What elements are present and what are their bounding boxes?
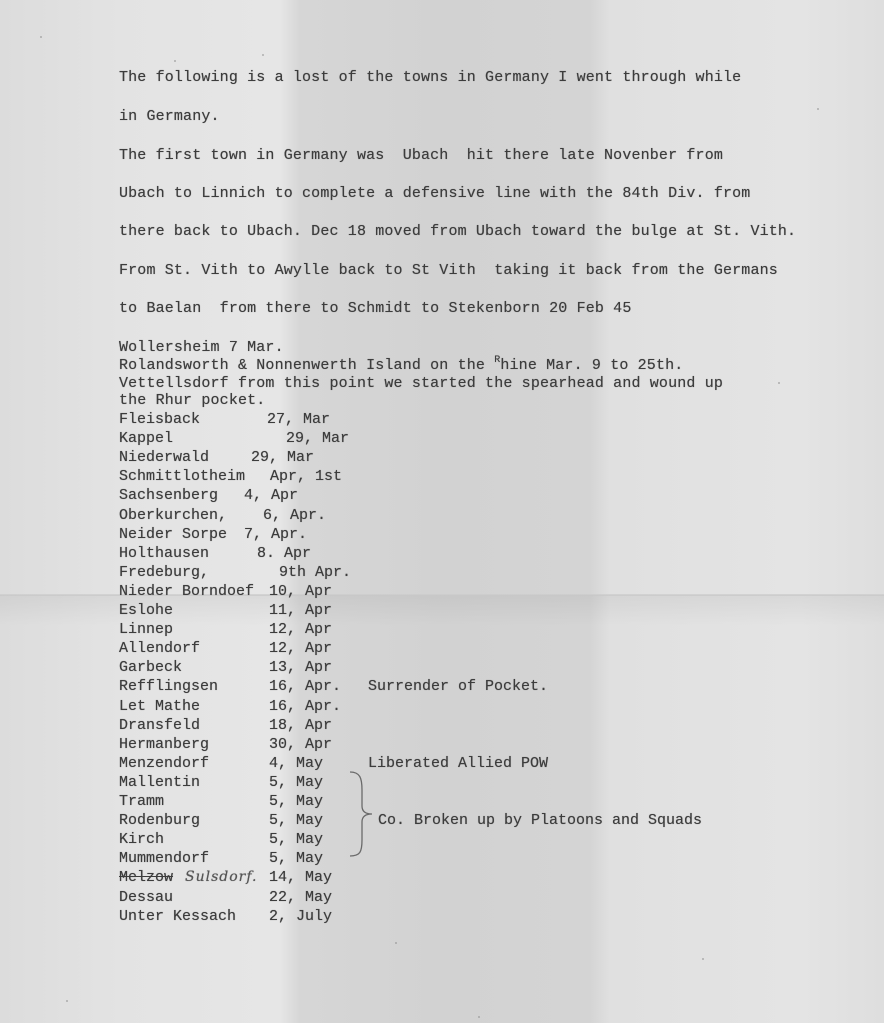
town-date: 5, May <box>269 831 323 848</box>
town-name: Garbeck <box>119 659 182 676</box>
town-date: 4, Apr <box>244 487 298 504</box>
town-name: Tramm <box>119 793 164 810</box>
town-name: Dessau <box>119 889 173 906</box>
town-name: Kappel <box>119 430 173 447</box>
town-name: Fleisback <box>119 411 200 428</box>
wollersheim-line: Wollersheim 7 Mar. <box>119 339 284 356</box>
town-name: Holthausen <box>119 545 209 562</box>
town-name: Unter Kessach <box>119 908 236 925</box>
paragraph-line-7: to Baelan from there to Schmidt to Steke… <box>119 300 631 317</box>
paper-speck <box>702 958 704 960</box>
town-name: Allendorf <box>119 640 200 657</box>
paper-speck <box>817 108 819 110</box>
town-date: 30, Apr <box>269 736 332 753</box>
town-name: Mallentin <box>119 774 200 791</box>
town-date: 10, Apr <box>269 583 332 600</box>
handwritten-correction: Sulsdorf. <box>185 869 258 885</box>
town-name: Niederwald <box>119 449 209 466</box>
rhine-correction: R <box>494 355 500 366</box>
town-name: Schmittlotheim <box>119 468 245 485</box>
town-date: 2, July <box>269 908 332 925</box>
town-date: 5, May <box>269 793 323 810</box>
town-date: 16, Apr. <box>269 678 341 695</box>
town-name: Dransfeld <box>119 717 200 734</box>
town-note: Liberated Allied POW <box>368 755 548 772</box>
town-name: Let Mathe <box>119 698 200 715</box>
paragraph-line-6: From St. Vith to Awylle back to St Vith … <box>119 262 778 279</box>
rhine-line-text-end: hine Mar. 9 to 25th. <box>500 357 683 374</box>
town-name: Rodenburg <box>119 812 200 829</box>
town-name: Kirch <box>119 831 164 848</box>
paragraph-line-5: there back to Ubach. Dec 18 moved from U… <box>119 223 796 240</box>
town-name: Eslohe <box>119 602 173 619</box>
town-name: Fredeburg, <box>119 564 209 581</box>
town-name: Oberkurchen, <box>119 507 227 524</box>
town-date: 11, Apr <box>269 602 332 619</box>
town-name: Hermanberg <box>119 736 209 753</box>
town-date: 29, Mar <box>286 430 349 447</box>
town-date: 12, Apr <box>269 621 332 638</box>
town-name: Linnep <box>119 621 173 638</box>
town-date: 29, Mar <box>251 449 314 466</box>
town-date: Apr, 1st <box>270 468 342 485</box>
town-date: 16, Apr. <box>269 698 341 715</box>
typed-letter-page: The following is a lost of the towns in … <box>0 0 884 1023</box>
town-date: 8. Apr <box>257 545 311 562</box>
rhine-line: Rolandsworth & Nonnenwerth Island on the… <box>119 357 683 374</box>
paper-speck <box>395 942 397 944</box>
town-date: 27, Mar <box>267 411 330 428</box>
town-date: 6, Apr. <box>263 507 326 524</box>
town-name: Mummendorf <box>119 850 209 867</box>
town-date: 12, Apr <box>269 640 332 657</box>
spearhead-line-1: Vettellsdorf from this point we started … <box>119 375 723 392</box>
paper-speck <box>778 382 780 384</box>
intro-line-1: The following is a lost of the towns in … <box>119 69 741 86</box>
town-date: 7, Apr. <box>244 526 307 543</box>
town-date: 13, Apr <box>269 659 332 676</box>
town-note: Surrender of Pocket. <box>368 678 548 695</box>
town-date: 9th Apr. <box>279 564 351 581</box>
paper-speck <box>40 36 42 38</box>
rhine-line-text: Rolandsworth & Nonnenwerth Island on the <box>119 357 494 374</box>
paper-speck <box>66 1000 68 1002</box>
paragraph-line-4: Ubach to Linnich to complete a defensive… <box>119 185 750 202</box>
town-date: 22, May <box>269 889 332 906</box>
town-name: Melzow <box>119 869 173 886</box>
town-date: 5, May <box>269 774 323 791</box>
town-name: Menzendorf <box>119 755 209 772</box>
paragraph-line-3: The first town in Germany was Ubach hit … <box>119 147 723 164</box>
town-name: Refflingsen <box>119 678 218 695</box>
brace-note: Co. Broken up by Platoons and Squads <box>378 812 702 829</box>
town-date: 14, May <box>269 869 332 886</box>
town-date: 5, May <box>269 812 323 829</box>
brace-mark <box>348 768 378 860</box>
town-date: 4, May <box>269 755 323 772</box>
paper-speck <box>262 54 264 56</box>
town-date: 18, Apr <box>269 717 332 734</box>
town-name: Neider Sorpe <box>119 526 227 543</box>
town-name: Sachsenberg <box>119 487 218 504</box>
spearhead-line-2: the Rhur pocket. <box>119 392 265 409</box>
town-date: 5, May <box>269 850 323 867</box>
town-name: Nieder Borndoef <box>119 583 254 600</box>
intro-line-2: in Germany. <box>119 108 220 125</box>
paper-speck <box>478 1016 480 1018</box>
paper-speck <box>174 60 176 62</box>
